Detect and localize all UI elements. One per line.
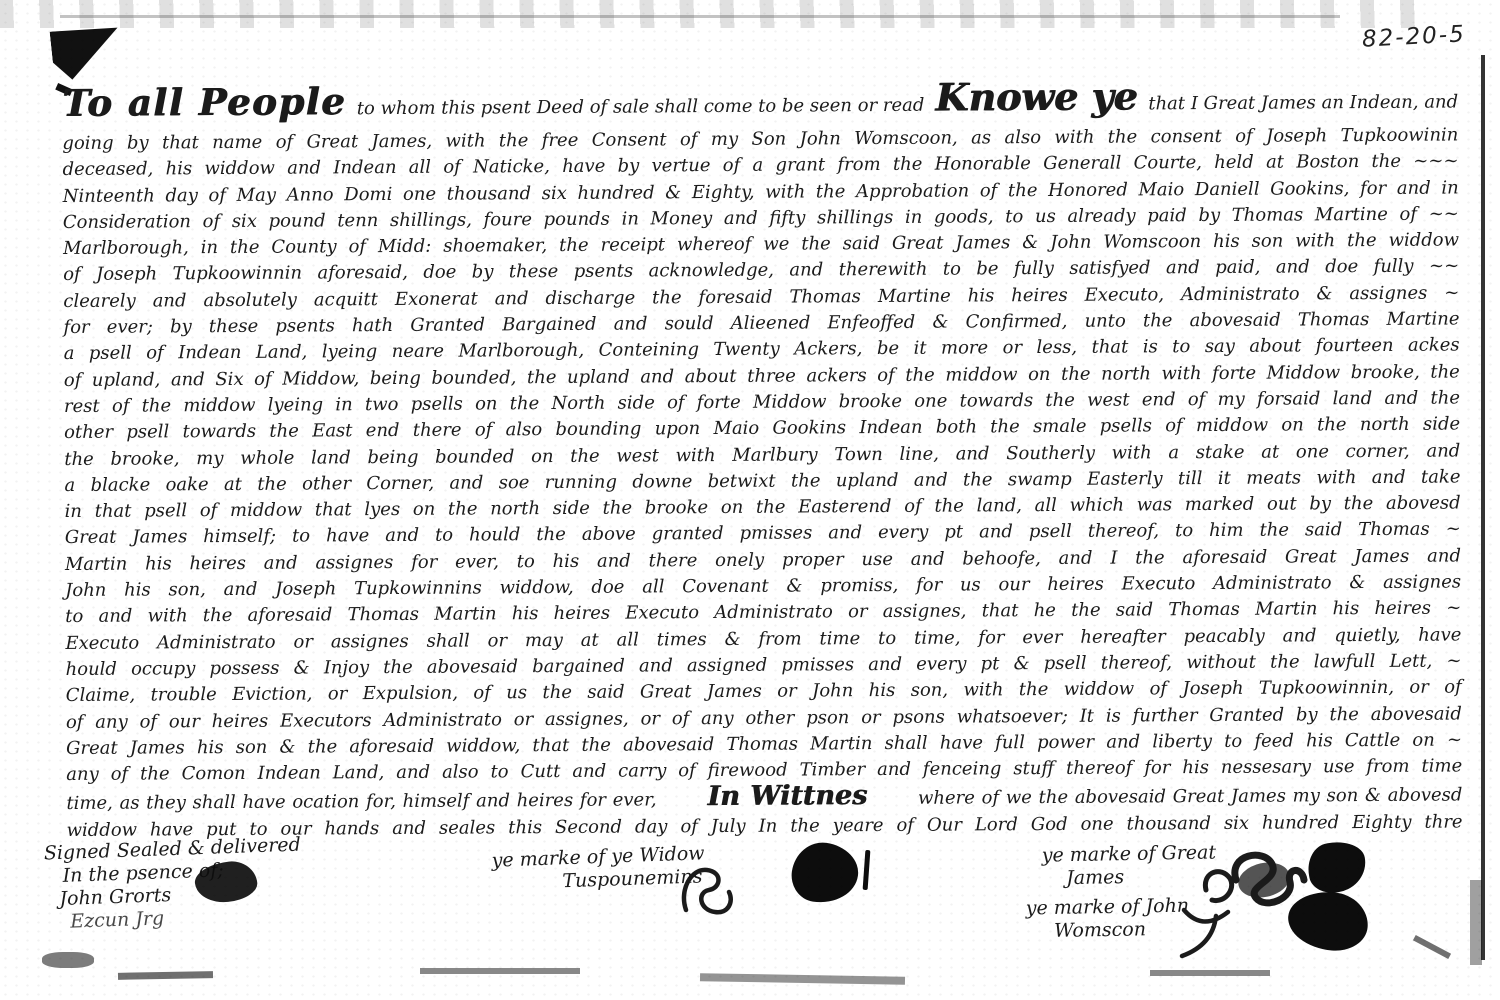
- ink-stroke: [863, 850, 871, 890]
- widow-signature-block: ye marke of ye Widow Tuspounemins: [491, 842, 705, 895]
- scan-artifact-right-smudge: [1470, 880, 1482, 965]
- scan-artifact-bottom-dash: [700, 973, 905, 985]
- opening-phrase: To all People: [62, 79, 346, 125]
- scan-artifact-bottom-left: [42, 952, 94, 968]
- widow-mark: [676, 862, 742, 918]
- line-segment: time, as they shall have ocation for, hi…: [66, 788, 656, 818]
- archive-number: 82-20-5: [1361, 21, 1466, 52]
- john-womscon-mark: [1178, 902, 1236, 960]
- witness-attestation-block: Signed Sealed & deliveredIn the psence o…: [43, 834, 303, 935]
- john-mark-label: ye marke of John: [1026, 895, 1190, 921]
- john-womscon-signature-block: ye marke of John Womscon: [1026, 895, 1190, 944]
- scan-artifact-bottom-dash: [118, 971, 213, 980]
- deed-text-block: To all People to whom this psent Deed of…: [62, 71, 1463, 844]
- opening-end-clause: that I Great James an Indean, and: [1148, 91, 1458, 114]
- scan-artifact-right-edge: [1481, 55, 1485, 960]
- scan-artifact-top-left: [50, 25, 123, 82]
- scan-artifact-bottom-dash: [1413, 935, 1451, 959]
- great-james-mark-label: ye marke of Great: [1042, 841, 1217, 867]
- john-name: Womscon: [1054, 918, 1190, 943]
- seal-ink-blot: [1304, 837, 1370, 896]
- knowe-ye-phrase: Knowe ye: [935, 73, 1138, 119]
- seal-ink-blot: [788, 839, 862, 908]
- scan-artifact-bottom-dash: [1150, 970, 1270, 976]
- deed-scan-page: 82-20-5 To all People to whom this psent…: [0, 0, 1500, 1000]
- deed-lines: going by that name of Great James, with …: [62, 122, 1462, 844]
- line-segment: where of we the abovesaid Great James my…: [918, 783, 1463, 813]
- great-james-signature-block: ye marke of Great James: [1042, 841, 1217, 890]
- in-wittnes-phrase: In Wittnes: [707, 784, 867, 811]
- deed-opening-line: To all People to whom this psent Deed of…: [62, 71, 1458, 126]
- opening-clause: to whom this psent Deed of sale shall co…: [357, 95, 925, 119]
- scan-artifact-bottom-band: [0, 0, 1424, 28]
- great-james-name: James: [1066, 864, 1217, 890]
- scan-artifact-bottom-dash: [420, 968, 580, 974]
